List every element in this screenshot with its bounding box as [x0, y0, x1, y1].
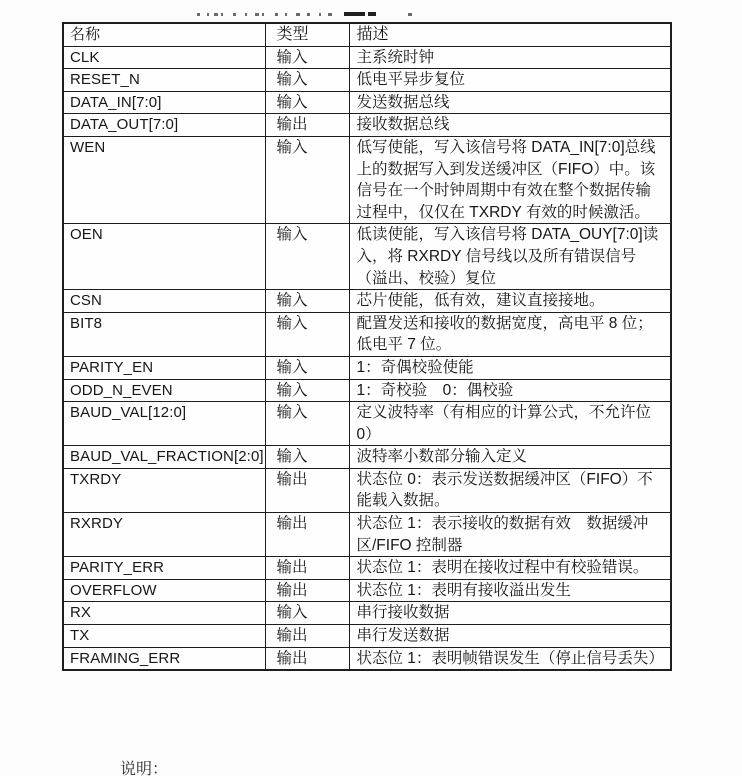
signal-desc-cell: 串行发送数据 [349, 625, 671, 648]
signal-name-cell: CSN [63, 290, 265, 313]
signal-name-cell: CLK [63, 46, 265, 69]
signal-desc-cell: 状态位 1：表明有接收溢出发生 [349, 579, 671, 602]
signal-name-cell: RX [63, 602, 265, 625]
table-row: DATA_IN[7:0] 输入 发送数据总线 [63, 91, 671, 114]
signal-desc-cell: 状态位 1：表示接收的数据有效 数据缓冲区/FIFO 控制器 [349, 513, 671, 557]
table-row: ODD_N_EVEN 输入 1：奇校验 0：偶校验 [63, 379, 671, 402]
table-row: PARITY_ERR 输出 状态位 1：表明在接收过程中有校验错误。 [63, 557, 671, 580]
signal-desc-cell: 串行接收数据 [349, 602, 671, 625]
signal-name-cell: RXRDY [63, 513, 265, 557]
signal-desc-cell: 配置发送和接收的数据宽度，高电平 8 位；低电平 7 位。 [349, 312, 671, 356]
cropped-title-fragment [195, 12, 425, 17]
table-row: TXRDY 输出 状态位 0：表示发送数据缓冲区（FIFO）不能载入数据。 [63, 468, 671, 512]
signal-name-cell: DATA_OUT[7:0] [63, 114, 265, 137]
signal-type-cell: 输入 [265, 136, 349, 223]
signal-type-cell: 输出 [265, 468, 349, 512]
signal-name-cell: RESET_N [63, 69, 265, 92]
signal-name-cell: OEN [63, 224, 265, 290]
signal-type-cell: 输出 [265, 114, 349, 137]
signal-type-cell: 输出 [265, 579, 349, 602]
signal-name-cell: TX [63, 625, 265, 648]
signal-type-cell: 输入 [265, 224, 349, 290]
signal-desc-cell: 状态位 1：表明帧错误发生（停止信号丢失） [349, 647, 671, 670]
signal-desc-cell: 低读使能，写入该信号将 DATA_OUY[7:0]读入，将 RXRDY 信号线以… [349, 224, 671, 290]
signal-type-cell: 输入 [265, 91, 349, 114]
signal-name-cell: BAUD_VAL_FRACTION[2:0] [63, 446, 265, 469]
signal-type-cell: 输入 [265, 602, 349, 625]
table-row: WEN 输入 低写使能，写入该信号将 DATA_IN[7:0]总线上的数据写入到… [63, 136, 671, 223]
table-row: RESET_N 输入 低电平异步复位 [63, 69, 671, 92]
table-row: BAUD_VAL_FRACTION[2:0] 输入 波特率小数部分输入定义 [63, 446, 671, 469]
header-name: 名称 [63, 23, 265, 46]
signal-desc-cell: 1：奇偶校验使能 [349, 356, 671, 379]
signal-desc-cell: 低电平异步复位 [349, 69, 671, 92]
signal-type-cell: 输入 [265, 356, 349, 379]
signal-type-cell: 输入 [265, 312, 349, 356]
table-row: FRAMING_ERR 输出 状态位 1：表明帧错误发生（停止信号丢失） [63, 647, 671, 670]
signal-name-cell: PARITY_EN [63, 356, 265, 379]
signal-type-cell: 输入 [265, 446, 349, 469]
signal-type-cell: 输出 [265, 557, 349, 580]
signal-desc-cell: 芯片使能，低有效，建议直接接地。 [349, 290, 671, 313]
signal-name-cell: BAUD_VAL[12:0] [63, 402, 265, 446]
signal-description-table: 名称 类型 描述 CLK 输入 主系统时钟 RESET_N 输入 低电平异步复位… [62, 22, 672, 671]
signal-desc-cell: 波特率小数部分输入定义 [349, 446, 671, 469]
signal-type-cell: 输入 [265, 402, 349, 446]
signal-name-cell: TXRDY [63, 468, 265, 512]
table-row: RXRDY 输出 状态位 1：表示接收的数据有效 数据缓冲区/FIFO 控制器 [63, 513, 671, 557]
table-header-row: 名称 类型 描述 [63, 23, 671, 46]
signal-name-cell: DATA_IN[7:0] [63, 91, 265, 114]
signal-type-cell: 输入 [265, 46, 349, 69]
signal-name-cell: ODD_N_EVEN [63, 379, 265, 402]
signal-desc-cell: 状态位 0：表示发送数据缓冲区（FIFO）不能载入数据。 [349, 468, 671, 512]
table-row: OVERFLOW 输出 状态位 1：表明有接收溢出发生 [63, 579, 671, 602]
table-row: PARITY_EN 输入 1：奇偶校验使能 [63, 356, 671, 379]
signal-name-cell: WEN [63, 136, 265, 223]
table-row: BIT8 输入 配置发送和接收的数据宽度，高电平 8 位；低电平 7 位。 [63, 312, 671, 356]
notes-heading: 说明： [120, 760, 168, 776]
signal-desc-cell: 状态位 1：表明在接收过程中有校验错误。 [349, 557, 671, 580]
header-desc: 描述 [349, 23, 671, 46]
signal-type-cell: 输入 [265, 290, 349, 313]
signal-name-cell: FRAMING_ERR [63, 647, 265, 670]
signal-name-cell: BIT8 [63, 312, 265, 356]
signal-name-cell: PARITY_ERR [63, 557, 265, 580]
table-row: BAUD_VAL[12:0] 输入 定义波特率（有相应的计算公式，不允许位 0） [63, 402, 671, 446]
signal-desc-cell: 主系统时钟 [349, 46, 671, 69]
signal-desc-cell: 发送数据总线 [349, 91, 671, 114]
signal-type-cell: 输出 [265, 625, 349, 648]
table-row: OEN 输入 低读使能，写入该信号将 DATA_OUY[7:0]读入，将 RXR… [63, 224, 671, 290]
table-row: RX 输入 串行接收数据 [63, 602, 671, 625]
signal-type-cell: 输入 [265, 69, 349, 92]
signal-desc-cell: 低写使能，写入该信号将 DATA_IN[7:0]总线上的数据写入到发送缓冲区（F… [349, 136, 671, 223]
signal-type-cell: 输出 [265, 647, 349, 670]
table-row: TX 输出 串行发送数据 [63, 625, 671, 648]
table-row: DATA_OUT[7:0] 输出 接收数据总线 [63, 114, 671, 137]
signal-type-cell: 输入 [265, 379, 349, 402]
signal-desc-cell: 接收数据总线 [349, 114, 671, 137]
signal-desc-cell: 1：奇校验 0：偶校验 [349, 379, 671, 402]
header-type: 类型 [265, 23, 349, 46]
signal-name-cell: OVERFLOW [63, 579, 265, 602]
signal-desc-cell: 定义波特率（有相应的计算公式，不允许位 0） [349, 402, 671, 446]
signal-type-cell: 输出 [265, 513, 349, 557]
table-row: CLK 输入 主系统时钟 [63, 46, 671, 69]
table-row: CSN 输入 芯片使能，低有效，建议直接接地。 [63, 290, 671, 313]
